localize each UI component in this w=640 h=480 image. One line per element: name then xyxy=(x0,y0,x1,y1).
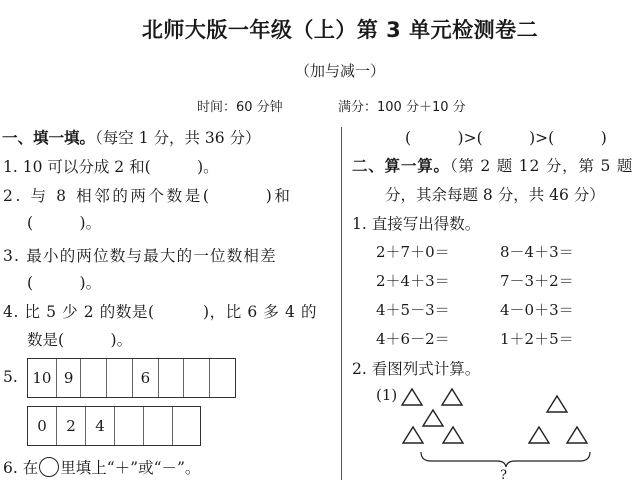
brace-question-mark: ? xyxy=(500,468,507,480)
triangle-figure xyxy=(0,0,640,480)
triangle-icons xyxy=(402,389,587,443)
brace-icon xyxy=(421,452,590,467)
